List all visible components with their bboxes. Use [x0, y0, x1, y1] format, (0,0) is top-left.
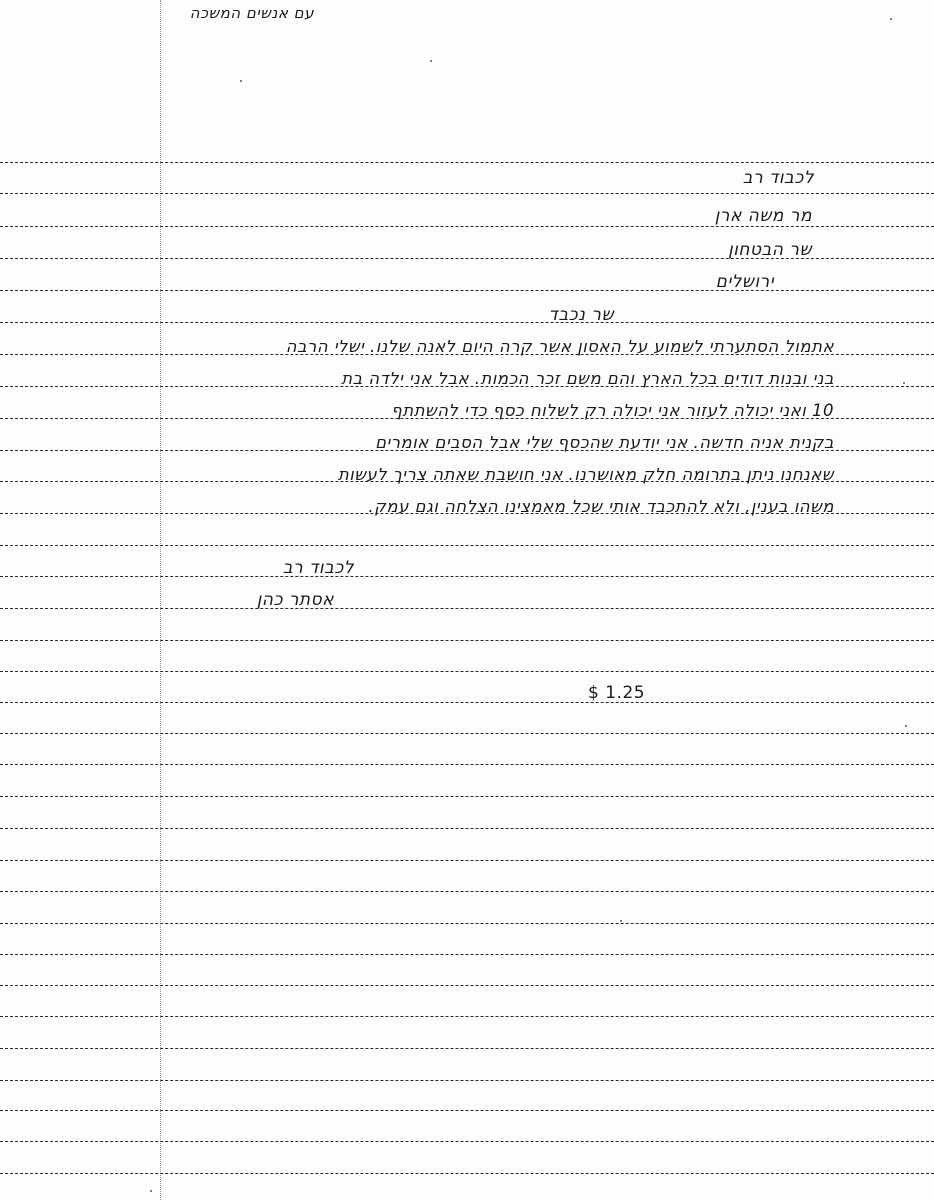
- ruled-line: [0, 1048, 934, 1049]
- body-line-2: בני ובנות דודים בכל הארץ והם משם זכר הכמ…: [341, 369, 834, 388]
- ruled-line: [0, 923, 934, 924]
- body-line-1: אתמול הסתערתי לשמוע על האסון אשר קרה היו…: [286, 337, 834, 356]
- ruled-line: [0, 576, 934, 577]
- donation-amount: $ 1.25: [588, 683, 645, 703]
- ruled-line: [0, 290, 934, 291]
- recipient-city: ירושלים: [716, 272, 774, 292]
- ruled-line: [0, 1110, 934, 1111]
- ruled-line: [0, 860, 934, 861]
- ruled-line: [0, 545, 934, 546]
- ruled-line: [0, 1141, 934, 1142]
- ruled-line: [0, 954, 934, 955]
- scanned-letter-page: עם אנשים המשכה לכבוד רב מר משה ארן שר הב…: [0, 0, 934, 1200]
- ruled-line: [0, 162, 934, 163]
- body-line-5: שאנחנו ניתן בתרומה חלק מאושרנו. אני חושב…: [338, 465, 834, 484]
- signature: אסתר כהן: [257, 590, 334, 610]
- ruled-line: [0, 608, 934, 609]
- ruled-line: [0, 1016, 934, 1017]
- scan-speck: [150, 1190, 152, 1192]
- greeting: שר נכבד: [549, 305, 614, 325]
- ruled-line: [0, 671, 934, 672]
- ruled-line: [0, 193, 934, 194]
- body-line-6: משהו בענין, ולא להתכבד אותי שכל מאמצינו …: [368, 497, 834, 516]
- ruled-line: [0, 226, 934, 227]
- recipient-name: מר משה ארן: [715, 206, 812, 226]
- margin-line: [160, 0, 161, 1200]
- ruled-line: [0, 891, 934, 892]
- ruled-line: [0, 1173, 934, 1174]
- ruled-line: [0, 640, 934, 641]
- recipient-title: שר הבטחון: [728, 240, 812, 260]
- ruled-line: [0, 764, 934, 765]
- scan-speck: [620, 920, 622, 922]
- header-note: עם אנשים המשכה: [190, 4, 314, 22]
- body-line-3: 10 ואני יכולה לעזור אני יכולה רק לשלוח כ…: [391, 401, 834, 420]
- closing: לכבוד רב: [283, 558, 354, 578]
- scan-speck: [430, 60, 432, 62]
- ruled-line: [0, 1080, 934, 1081]
- ruled-line: [0, 828, 934, 829]
- ruled-line: [0, 322, 934, 323]
- ruled-line: [0, 702, 934, 703]
- scan-speck: [240, 80, 242, 82]
- ruled-line: [0, 733, 934, 734]
- ruled-line: [0, 985, 934, 986]
- scan-speck: [905, 725, 907, 727]
- ruled-line: [0, 796, 934, 797]
- scan-speck: [890, 18, 892, 20]
- body-line-4: בקנית אניה חדשה. אני יודעת שהכסף שלי אבל…: [375, 433, 834, 452]
- salutation-top: לכבוד רב: [743, 168, 814, 188]
- scan-speck: [903, 382, 905, 384]
